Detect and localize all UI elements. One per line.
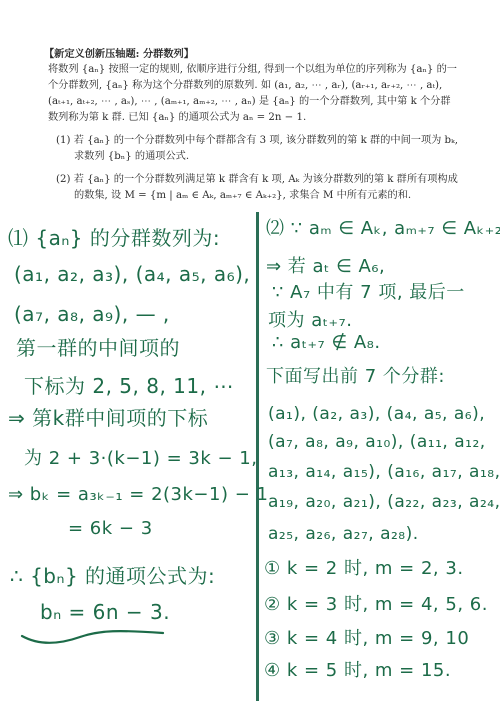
question-1: (1) 若 {aₙ} 的一个分群数列中每个群都含有 3 项, 该分群数列的第 k… — [48, 133, 488, 165]
hw-line: ⇒ 若 aₜ ∈ A₆, — [266, 252, 385, 278]
intro-line: 数列称为第 k 群. 已知 {aₙ} 的通项公式为 aₙ = 2n − 1. — [48, 110, 488, 126]
hw-line: a₂₅, a₂₆, a₂₇, a₂₈). — [268, 524, 419, 544]
hw-answer: bₙ = 6n − 3. — [40, 600, 170, 624]
question-text: 求数列 {bₙ} 的通项公式. — [74, 151, 189, 162]
hw-line: ∴ {bₙ} 的通项公式为: — [10, 560, 215, 589]
hw-line: a₁₉, a₂₀, a₂₁), (a₂₂, a₂₃, a₂₄, — [268, 492, 500, 512]
hw-case: ④ k = 5 时, m = 15. — [264, 656, 451, 682]
hw-line: ⑵ ∵ aₘ ∈ Aₖ, aₘ₊₇ ∈ Aₖ₊₂, — [266, 214, 500, 240]
hw-line: ∴ aₜ₊₇ ∉ A₈. — [272, 332, 381, 353]
question-label: (2) — [56, 174, 70, 185]
hw-line: (a₇, a₈, a₉), — , — [14, 302, 170, 326]
intro-line: 个分群数列, {aₙ} 称为这个分群数列的原数列. 如 (a₁, a₂, ⋯ ,… — [48, 78, 488, 94]
problem-title: 【新定义创新压轴题: 分群数列】 — [44, 46, 488, 62]
hw-line: ⑴ {aₙ} 的分群数列为: — [8, 222, 220, 251]
hw-line: (a₇, a₈, a₉, a₁₀), (a₁₁, a₁₂, — [268, 432, 486, 452]
hw-case: ① k = 2 时, m = 2, 3. — [264, 554, 464, 580]
hw-line: 下标为 2, 5, 8, 11, ⋯ — [24, 370, 234, 399]
problem-statement: 【新定义创新压轴题: 分群数列】 将数列 {aₙ} 按照一定的规则, 依顺序进行… — [48, 46, 488, 204]
intro-line: 将数列 {aₙ} 按照一定的规则, 依顺序进行分组, 得到一个以组为单位的序列称… — [48, 62, 488, 78]
question-label: (1) — [56, 135, 70, 146]
hw-line: (a₁), (a₂, a₃), (a₄, a₅, a₆), — [268, 404, 485, 424]
hw-line: 项为 aₜ₊₇. — [268, 306, 353, 332]
hw-line: 为 2 + 3·(k−1) = 3k − 1, — [24, 444, 257, 470]
hw-line: = 6k − 3 — [68, 518, 153, 539]
hw-line: 第一群的中间项的 — [16, 332, 180, 361]
intro-line: (aₜ₊₁, aₜ₊₂, ⋯ , aₛ), ⋯ , (aₘ₊₁, aₘ₊₂, ⋯… — [48, 94, 488, 110]
question-text: 若 {aₙ} 的一个分群数列满足第 k 群含有 k 项, Aₖ 为该分群数列的第… — [74, 174, 458, 185]
hw-line: (a₁, a₂, a₃), (a₄, a₅, a₆), — [14, 262, 250, 286]
hw-line: ∵ A₇ 中有 7 项, 最后一 — [272, 278, 465, 304]
hw-case: ③ k = 4 时, m = 9, 10 — [264, 624, 469, 650]
hw-line: 下面写出前 7 个分群: — [266, 362, 445, 388]
hw-case: ② k = 3 时, m = 4, 5, 6. — [264, 590, 488, 616]
question-text: 若 {aₙ} 的一个分群数列中每个群都含有 3 项, 该分群数列的第 k 群的中… — [74, 135, 458, 146]
hw-line: ⇒ 第k群中间项的下标 — [8, 402, 208, 431]
question-2: (2) 若 {aₙ} 的一个分群数列满足第 k 群含有 k 项, Aₖ 为该分群… — [48, 172, 488, 204]
question-text: 的数集, 设 M = {m | aₘ ∈ Aₖ, aₘ₊₇ ∈ Aₖ₊₂}, 求… — [74, 190, 411, 201]
wavy-underline-icon — [20, 628, 165, 646]
hw-line: a₁₃, a₁₄, a₁₅), (a₁₆, a₁₇, a₁₈, — [268, 462, 500, 482]
hw-line: ⇒ bₖ = a₃ₖ₋₁ = 2(3k−1) − 1 — [8, 484, 268, 505]
